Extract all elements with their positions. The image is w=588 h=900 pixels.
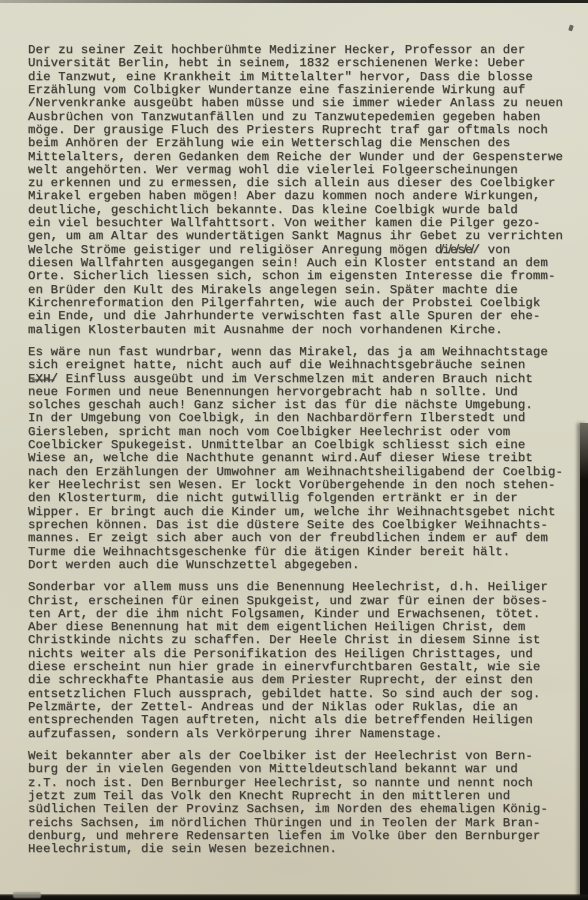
paragraph-1: Der zu seiner Zeit hochberühmte Medizine… bbox=[28, 44, 588, 337]
scan-edge-right bbox=[580, 423, 588, 900]
scan-smudge-bottom-left bbox=[13, 892, 41, 898]
document-page: Der zu seiner Zeit hochberühmte Medizine… bbox=[0, 0, 588, 900]
scan-edge-top bbox=[0, 0, 588, 3]
paragraph-2: Es wäre nun fast wundrbar, wenn das Mira… bbox=[28, 346, 588, 572]
document-body: Der zu seiner Zeit hochberühmte Medizine… bbox=[0, 0, 588, 900]
paragraph-4: Weit bekannter aber als der Coelbiker is… bbox=[28, 750, 588, 857]
scan-edge-bottom bbox=[0, 894, 588, 900]
paragraph-3: Sonderbar vor allem muss uns die Benennu… bbox=[28, 581, 588, 741]
